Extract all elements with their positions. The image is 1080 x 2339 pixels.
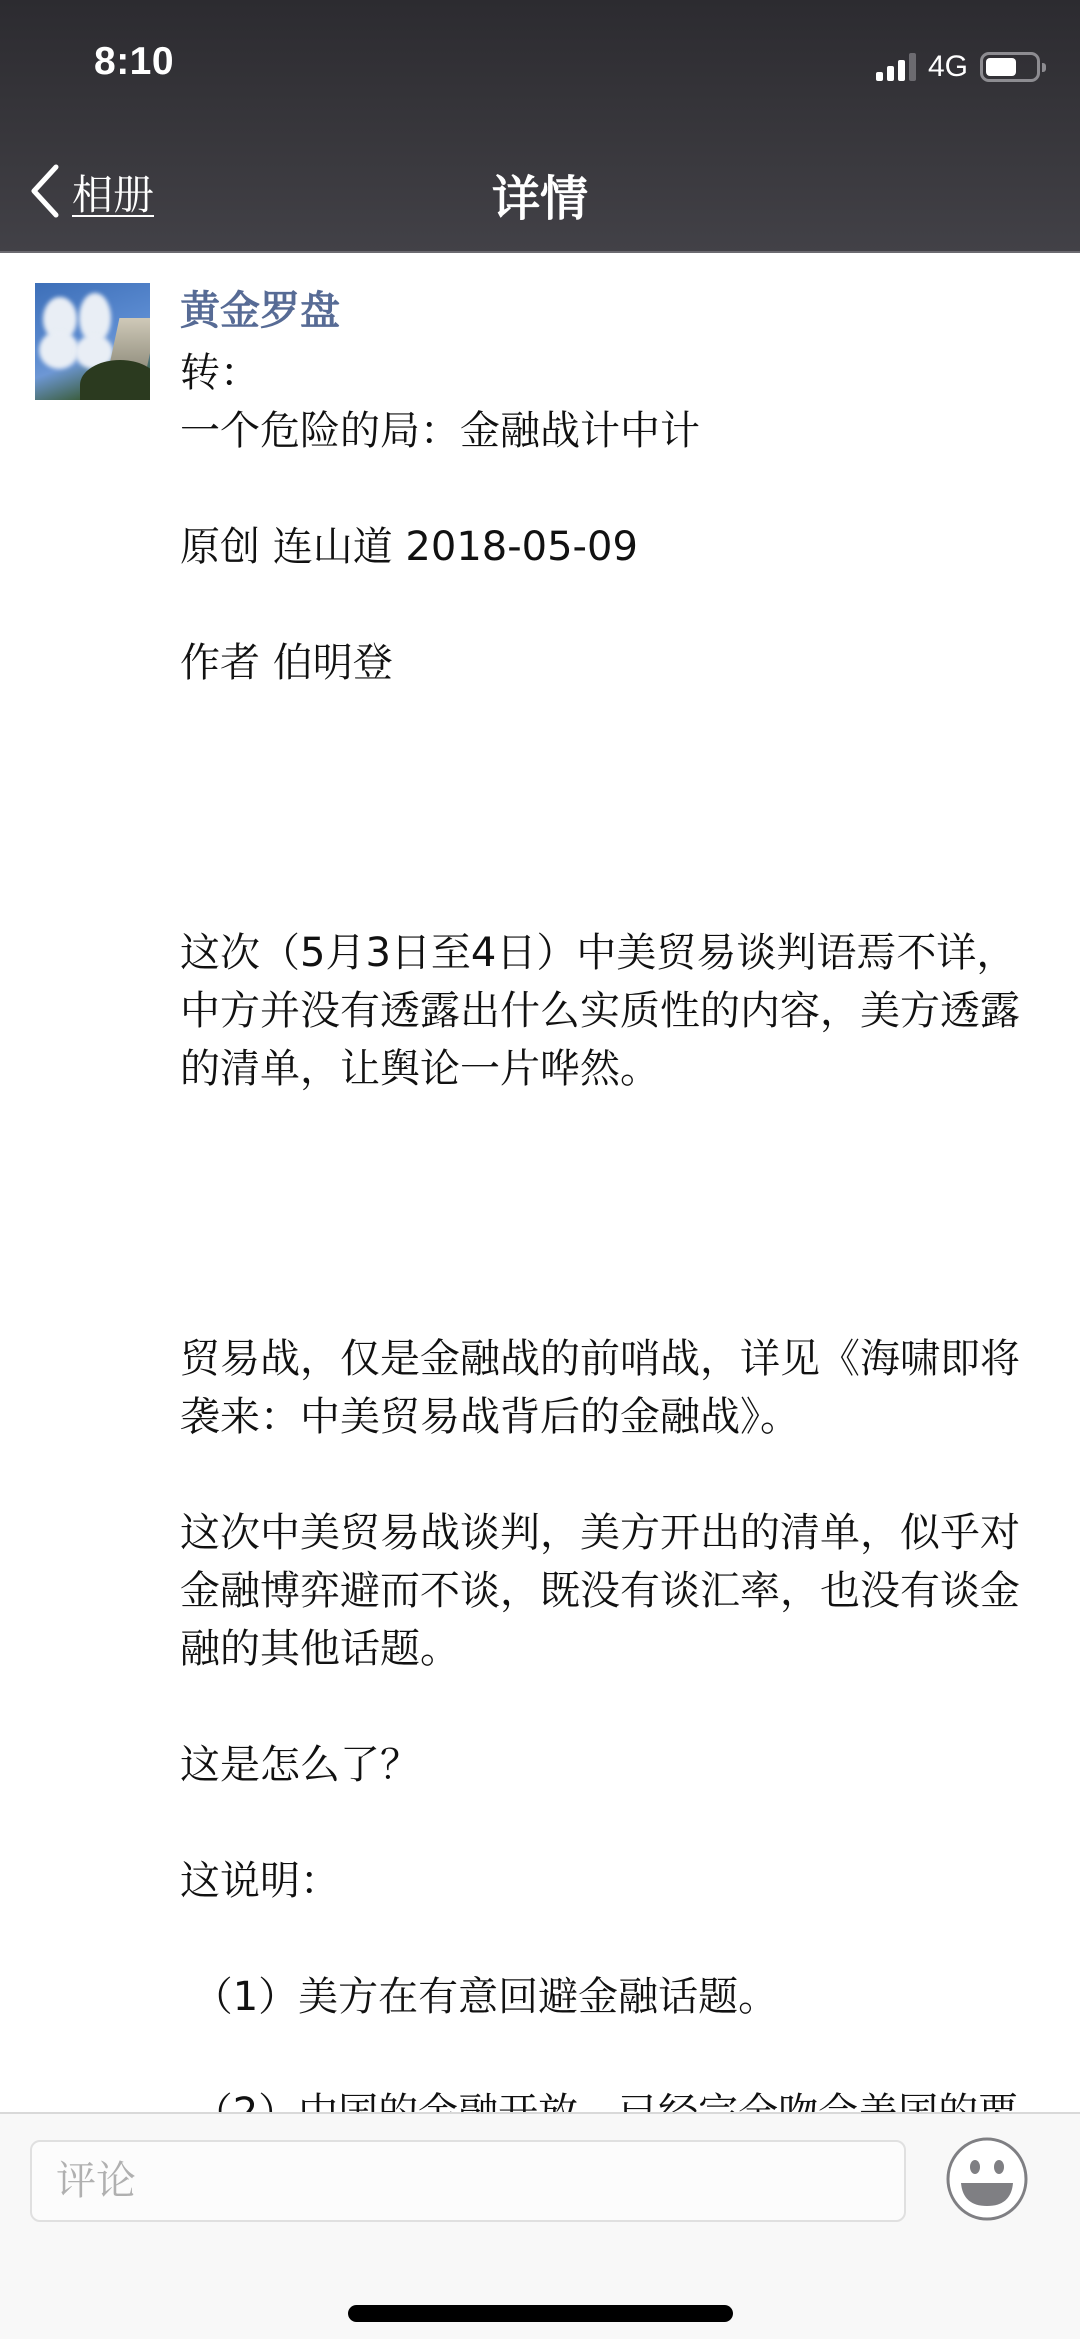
status-indicators: 4G	[876, 50, 1040, 84]
post-line: 一个危险的局：金融战计中计	[180, 402, 1050, 460]
network-type: 4G	[928, 50, 968, 84]
home-indicator[interactable]	[348, 2305, 733, 2322]
post-line: 转：	[180, 344, 1050, 402]
battery-icon	[980, 52, 1040, 82]
comment-bar	[0, 2112, 1080, 2339]
avatar[interactable]	[35, 283, 150, 400]
page-title: 详情	[0, 160, 1080, 229]
post-line: （2）中国的金融开放，已经完全吻合美国的要求	[180, 2084, 1050, 2112]
post-body: 转： 一个危险的局：金融战计中计 原创 连山道 2018-05-09 作者 伯明…	[180, 344, 1050, 2112]
post-paragraph: 这次（5月3日至4日）中美贸易谈判语焉不详，中方并没有透露出什么实质性的内容，美…	[180, 924, 1050, 1098]
author-name[interactable]: 黄金罗盘	[180, 283, 340, 339]
post-line: （1）美方在有意回避金融话题。	[180, 1968, 1050, 2026]
post-paragraph: 贸易战，仅是金融战的前哨战，详见《海啸即将袭来：中美贸易战背后的金融战》。	[180, 1330, 1050, 1446]
post-line: 原创 连山道 2018-05-09	[180, 518, 1050, 576]
status-time: 8:10	[94, 40, 174, 84]
post-line: 这是怎么了？	[180, 1736, 1050, 1794]
comment-input[interactable]	[30, 2140, 906, 2222]
cellular-signal-icon	[876, 53, 916, 81]
post-detail-scroll[interactable]: 黄金罗盘 转： 一个危险的局：金融战计中计 原创 连山道 2018-05-09 …	[0, 255, 1080, 2112]
post-paragraph: 这次中美贸易战谈判，美方开出的清单，似乎对金融博弈避而不谈，既没有谈汇率，也没有…	[180, 1504, 1050, 1678]
navigation-header: 8:10 4G 相册 详情	[0, 0, 1080, 253]
post-line: 这说明：	[180, 1852, 1050, 1910]
smiley-face-icon[interactable]	[945, 2136, 1029, 2222]
post-line: 作者 伯明登	[180, 634, 1050, 692]
